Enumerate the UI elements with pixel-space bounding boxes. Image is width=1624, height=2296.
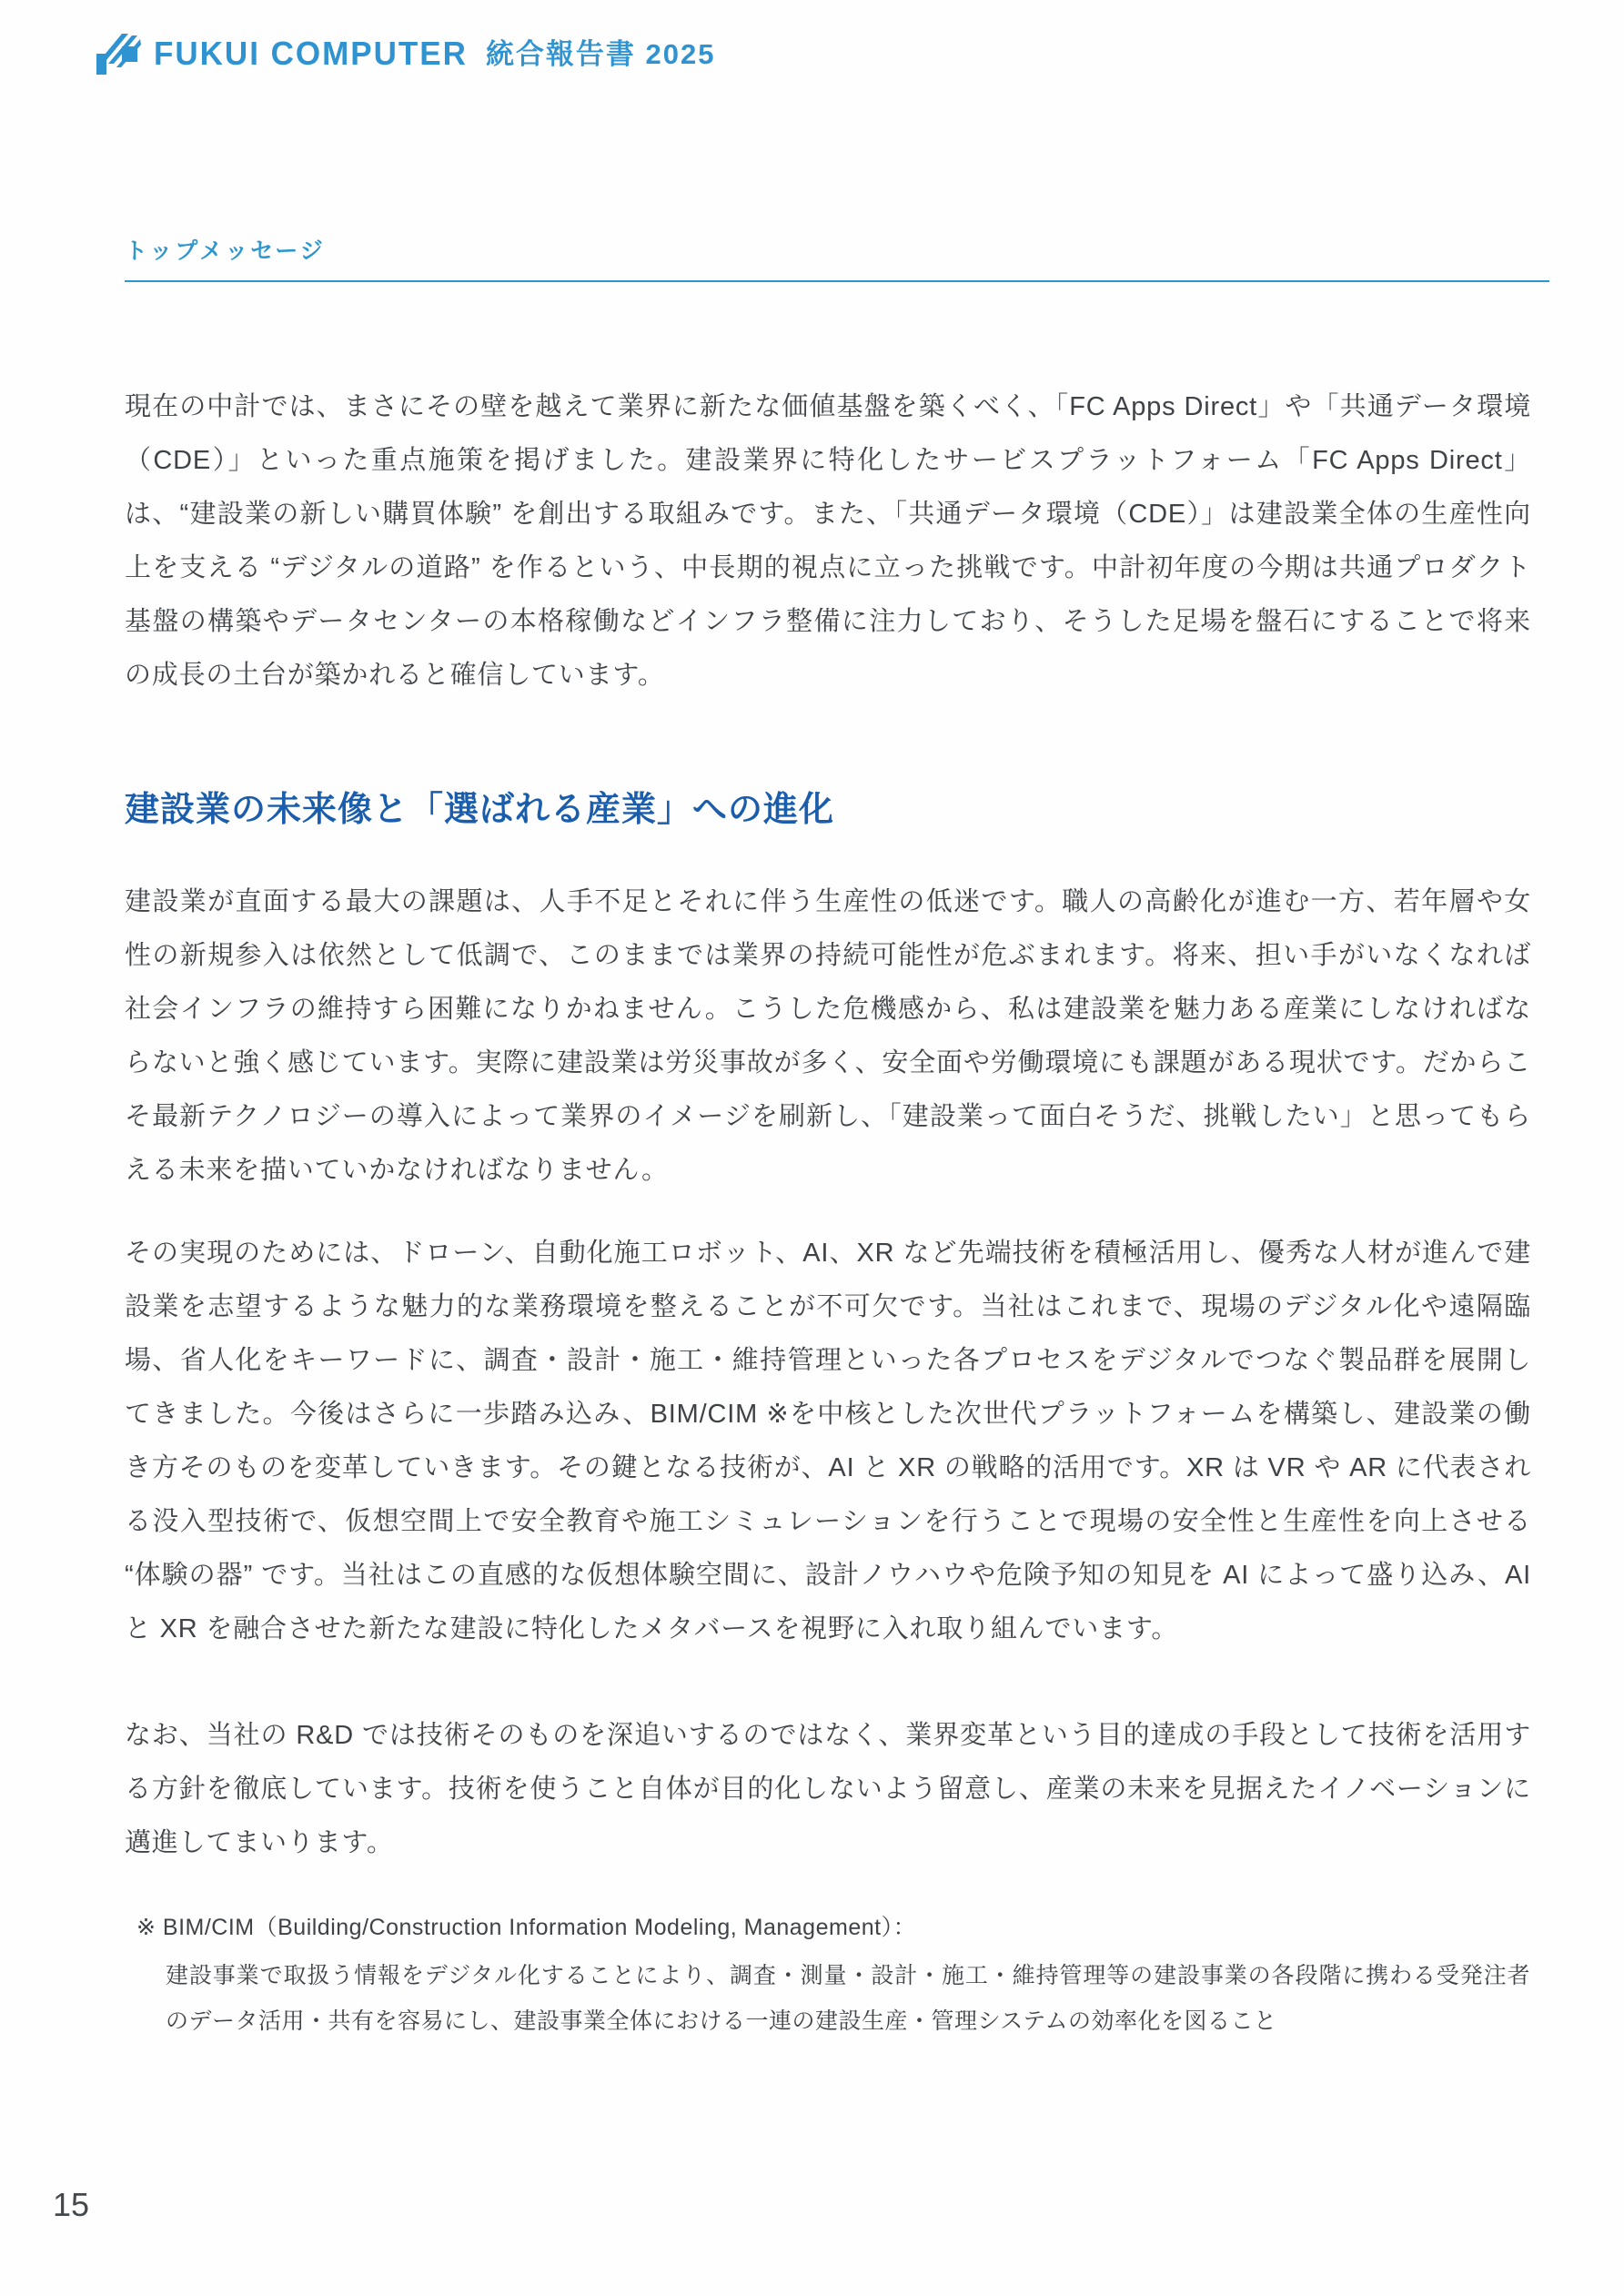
section-heading: 建設業の未来像と「選ばれる産業」への進化: [125, 781, 834, 831]
footnote-title: ※ BIM/CIM（Building/Construction Informat…: [136, 1907, 1528, 1947]
body-paragraph-1: 現在の中計では、まさにその壁を越えて業界に新たな価値基盤を築くべく、「FC Ap…: [125, 380, 1531, 703]
body-paragraph-4: なお、当社の R&D では技術そのものを深追いするのではなく、業界変革という目的…: [125, 1709, 1531, 1870]
report-title: 統合報告書 2025: [486, 40, 716, 68]
section-divider: [125, 280, 1549, 282]
page-number: 15: [53, 2186, 89, 2224]
body-paragraph-2: 建設業が直面する最大の課題は、人手不足とそれに伴う生産性の低迷です。職人の高齢化…: [125, 875, 1531, 1198]
page-header: FUKUI COMPUTER 統合報告書 2025: [96, 31, 716, 76]
section-label: トップメッセージ: [125, 233, 326, 266]
company-logo-text: FUKUI COMPUTER: [154, 37, 468, 70]
report-page: FUKUI COMPUTER 統合報告書 2025 トップメッセージ 現在の中計…: [0, 0, 1624, 2296]
footnote-body: 建設事業で取扱う情報をデジタル化することにより、調査・測量・設計・施工・維持管理…: [166, 1953, 1530, 2044]
fukui-computer-logo-icon: [96, 33, 141, 75]
body-paragraph-3: その実現のためには、ドローン、自動化施工ロボット、AI、XR など先端技術を積極…: [125, 1227, 1531, 1656]
